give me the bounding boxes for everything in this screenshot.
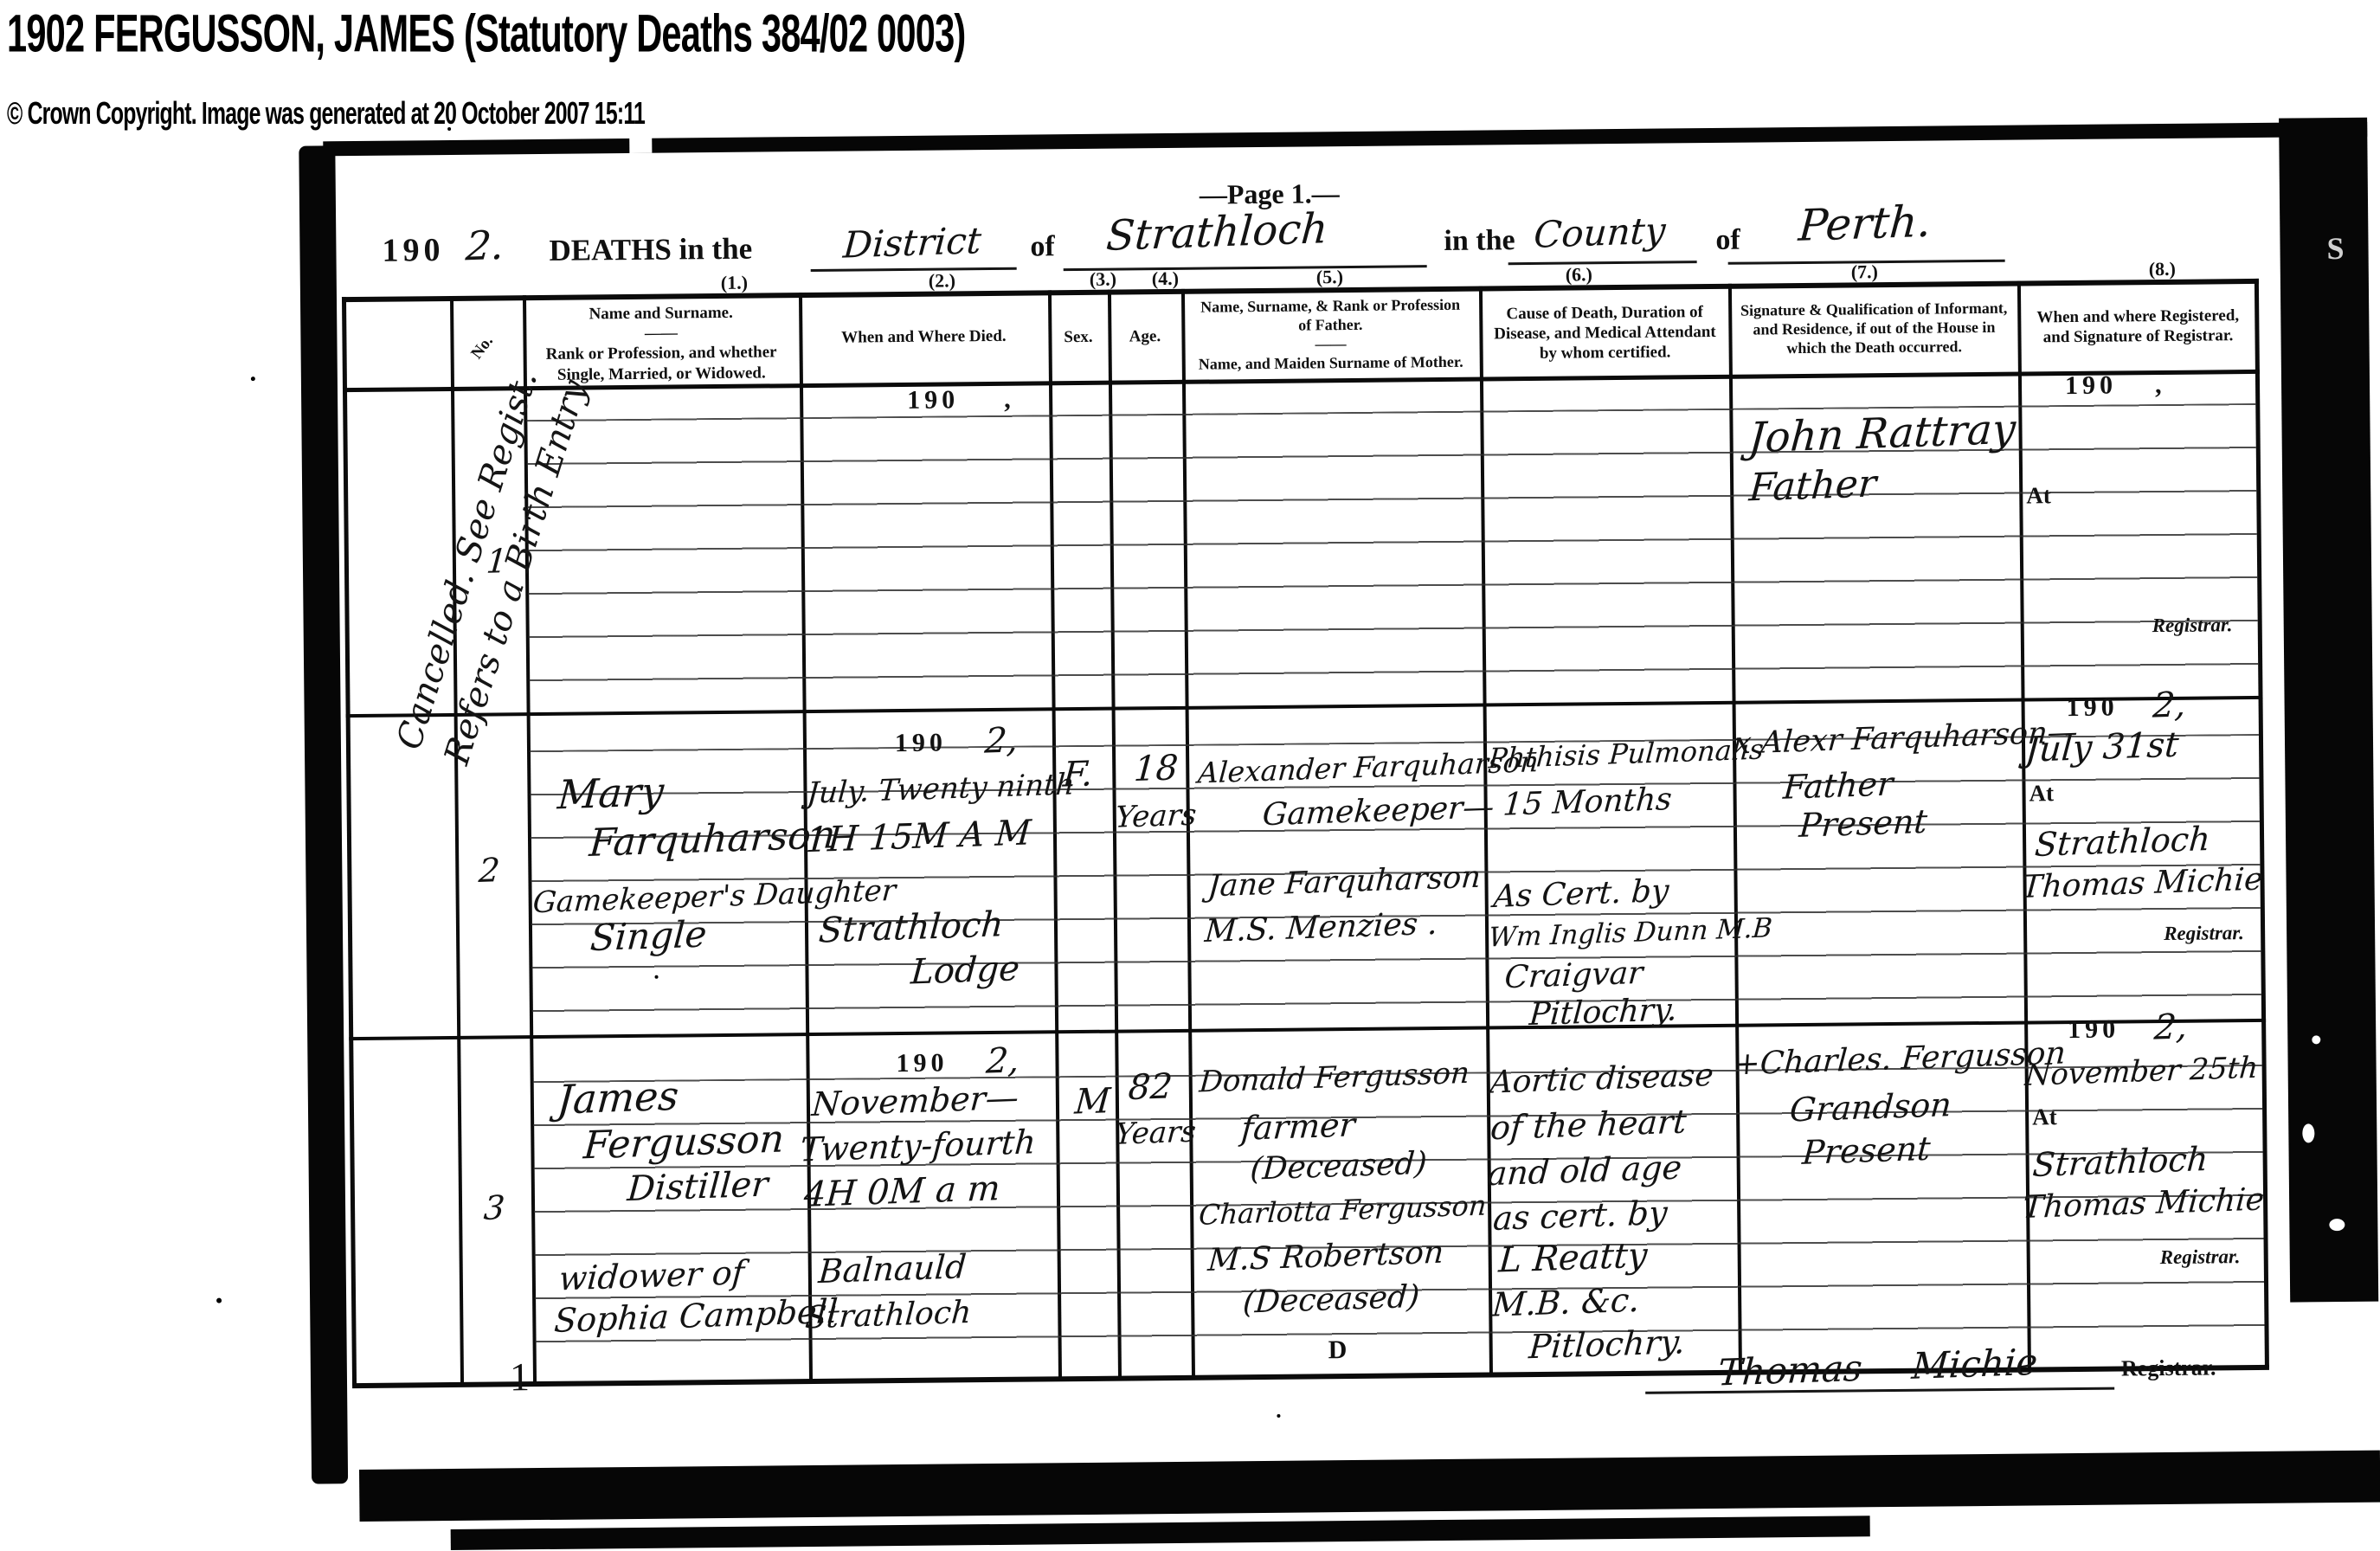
entry2-died-place1: Strathloch [817, 904, 1004, 950]
book-spine-band [299, 145, 348, 1483]
entry2-died-year-printed: 190 [895, 728, 947, 758]
entry2-reg-at-label: At [2029, 780, 2054, 807]
entry3-died-time: 4H 0M a m [802, 1168, 1001, 1215]
entry3-cause-line6: M.B. &c. [1491, 1281, 1641, 1324]
scanned-death-record-page: { "header": { "title": "1902 FERGUSSON, … [0, 0, 2380, 1551]
band-speckle-3 [2312, 1035, 2320, 1044]
band-speckle-1 [2302, 1123, 2314, 1142]
sheet-page-number: 1 [510, 1354, 531, 1400]
dust-speck-2 [216, 1298, 222, 1303]
colnum-2: (2.) [929, 269, 955, 292]
col3-header: Sex. [1048, 327, 1108, 348]
district-word-script: District [842, 219, 983, 267]
entry2-cause-line5: Craigvar [1503, 956, 1644, 996]
entry3-cause-line2: of the heart [1489, 1102, 1688, 1147]
entry3-died-place2: Strathloch [804, 1295, 973, 1336]
divider-margin-no [450, 296, 464, 1385]
scan-edge-bottom [359, 1451, 2380, 1522]
scan-edge-right [2279, 118, 2378, 1303]
entry1-reg-at-label: At [2026, 482, 2051, 509]
col4-header: Age. [1108, 326, 1181, 347]
dust-speck-1 [251, 376, 255, 381]
row2-bottom-border [349, 1019, 2266, 1040]
colnum-3: (3.) [1090, 268, 1116, 291]
entry1-died-year-printed: 190 [907, 385, 959, 415]
entry1-reg-year-comma: , [2155, 370, 2166, 400]
footer-registrar-label: Registrar. [2121, 1355, 2216, 1381]
dust-speck-3 [1277, 1414, 1280, 1418]
scan-edge-bottom-2 [451, 1516, 1870, 1550]
register-scan: S —Page 1.— 190 2. DEATHS in the Distric… [0, 0, 2380, 1551]
entry3-father-deceased: (Deceased) [1249, 1146, 1428, 1187]
colnum-1: (1.) [721, 272, 748, 294]
entry2-reg-place: Strathloch [2034, 820, 2212, 864]
col6-header: Cause of Death, Duration of Disease, and… [1481, 302, 1729, 364]
entry2-cause-line3: As Cert. by [1492, 873, 1670, 915]
footer-registrar-signature: Thomas Michie [1716, 1341, 2039, 1394]
entry3-mother-deceased: (Deceased) [1242, 1279, 1421, 1321]
col7-header: Signature & Qualification of Informant, … [1730, 299, 2018, 359]
entry3-rank-line: Distiller [626, 1164, 769, 1209]
title-year-printed: 190 [382, 231, 444, 270]
no-column-header: No. [467, 332, 497, 364]
entry2-died-time: 1H 15M A M [804, 813, 1032, 860]
plate-letter: D [1328, 1335, 1348, 1365]
county-name-script: Perth. [1797, 196, 1933, 251]
entry3-died-day: Twenty-fourth [799, 1123, 1037, 1168]
entry3-number: 3 [483, 1188, 506, 1227]
colnum-8: (8.) [2149, 258, 2176, 280]
entry3-cause-line4: as cert. by [1492, 1194, 1669, 1238]
entry2-reg-year-script: 2, [2152, 685, 2187, 725]
entry3-cause-line5: L Reatty [1497, 1236, 1649, 1281]
entry2-cause-line6: Pitlochry. [1528, 992, 1679, 1033]
band-artifact-s: S [2326, 230, 2344, 267]
entry1-died-year-comma: , [1004, 385, 1015, 415]
entry2-number: 2 [478, 851, 501, 890]
entry3-died-place1: Balnauld [817, 1247, 968, 1290]
entry3-name-line2: Fergusson [582, 1117, 786, 1168]
entry3-reg-at-label: At [2032, 1104, 2057, 1130]
entry2-reg-date: July 31st [2023, 725, 2180, 770]
entry2-age-unit: Years [1114, 798, 1197, 835]
entry2-died-year-script: 2, [983, 720, 1019, 761]
entry3-name-line1: James [556, 1072, 680, 1123]
colnum-6: (6.) [1566, 263, 1592, 286]
county-word-script: County [1533, 209, 1668, 256]
title-of-2: of [1715, 224, 1740, 257]
entry3-died-year-printed: 190 [896, 1048, 948, 1078]
entry1-registrar-label: Registrar. [2152, 614, 2233, 637]
entry3-informant-relation: Grandson [1789, 1085, 1953, 1129]
entry3-informant-present: Present [1801, 1129, 1932, 1172]
title-year-script: 2. [465, 222, 506, 270]
entry3-died-month: November— [810, 1078, 1020, 1123]
row1-bottom-border [346, 696, 2263, 718]
entry3-status-line1: widower of [557, 1253, 745, 1297]
title-of-1: of [1030, 230, 1055, 263]
col2-header: When and Where Died. [799, 325, 1048, 348]
entry3-age-value: 82 [1127, 1066, 1174, 1108]
county-word-underline [1508, 261, 1697, 265]
dust-speck-5 [447, 127, 451, 131]
colnum-4: (4.) [1152, 267, 1179, 290]
title-in-the: in the [1444, 224, 1515, 258]
entry1-informant-relation: Father [1747, 461, 1877, 510]
entry3-reg-year-script: 2, [2153, 1007, 2189, 1047]
entry1-reg-year-printed: 190 [2065, 370, 2117, 401]
col5-header: Name, Surname, & Rank or Profession of F… [1183, 296, 1478, 375]
entry3-reg-place: Strathloch [2031, 1140, 2210, 1184]
entry3-age-unit: Years [1114, 1115, 1197, 1152]
entry2-informant-relation: Father [1782, 764, 1894, 806]
entry3-cause-line3: and old age [1486, 1149, 1682, 1194]
entry2-registrar-label: Registrar. [2164, 922, 2244, 945]
district-word-underline [811, 267, 1017, 272]
entry2-sex: F. [1062, 754, 1094, 795]
entry2-age-value: 18 [1133, 748, 1180, 789]
entry2-name-line2: Farquharson [588, 813, 837, 866]
entry2-name-line1: Mary [556, 768, 666, 818]
entry3-registrar-label: Registrar. [2160, 1245, 2241, 1269]
entry2-died-place2: Lodge [910, 949, 1021, 992]
entry2-informant-present: Present [1798, 802, 1928, 845]
colnum-7: (7.) [1851, 261, 1878, 283]
col8-header: When and where Registered, and Signature… [2019, 306, 2256, 348]
entry1-number: 1 [485, 542, 508, 581]
district-name-underline [1064, 265, 1427, 271]
entry2-cause-line2: 15 Months [1502, 782, 1673, 823]
entry3-sex: M [1073, 1081, 1111, 1123]
entry3-reg-year-printed: 190 [2068, 1014, 2119, 1045]
band-speckle-2 [2329, 1219, 2345, 1231]
entry3-father-rank: farmer [1240, 1105, 1357, 1148]
entry2-reg-year-printed: 190 [2066, 692, 2118, 723]
district-name-script: Strathloch [1104, 204, 1329, 261]
colnum-5: (5.) [1316, 266, 1343, 288]
entry3-died-year-script: 2, [985, 1040, 1020, 1081]
entry1-informant-signature: John Rattray [1747, 405, 2017, 463]
entry3-cause-line7: Pitlochry. [1528, 1323, 1686, 1366]
scan-edge-gap [629, 138, 652, 153]
entry2-status-line: Single [589, 912, 708, 959]
